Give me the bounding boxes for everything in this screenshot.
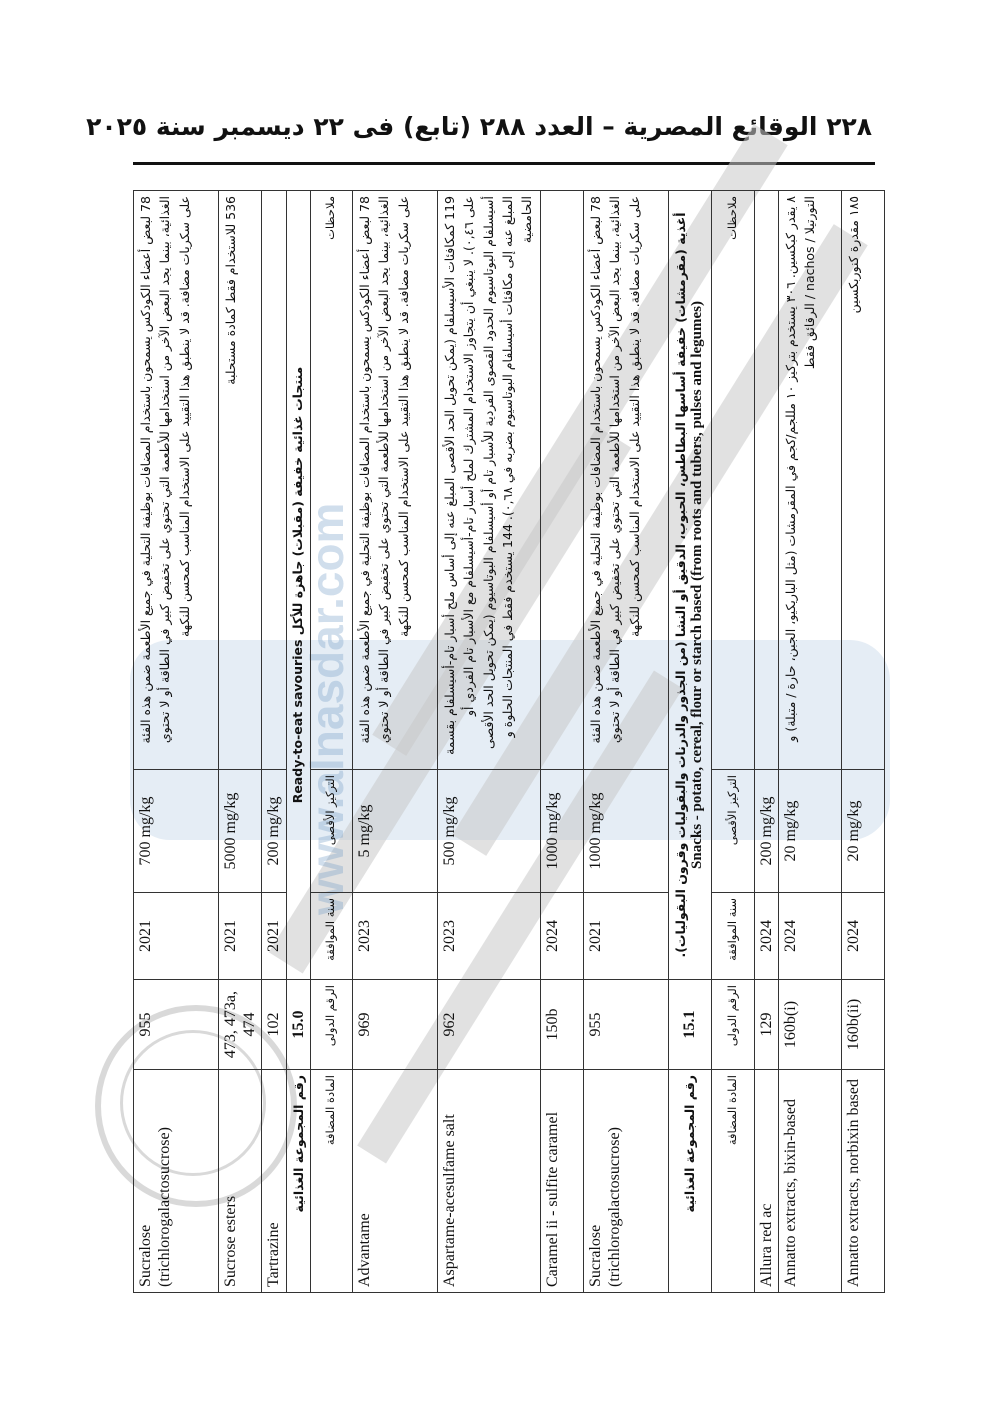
notes: 78 لبعض أعضاء الكودكس يسمحون باستخدام ال… bbox=[134, 191, 219, 770]
additive-name: Tartrazine bbox=[262, 1070, 286, 1293]
ins-number: 160b(ii) bbox=[841, 980, 884, 1070]
additive-name: Allura red ac bbox=[754, 1070, 778, 1293]
approval-year: 2024 bbox=[778, 893, 841, 980]
header-ins: الرقم الدولى bbox=[310, 980, 352, 1070]
header-divider bbox=[133, 162, 875, 165]
column-header-row: المادة المضافة الرقم الدولى سنة الموافقة… bbox=[711, 191, 754, 1293]
additive-name: Sucrose esters bbox=[219, 1070, 262, 1293]
max-level: 700 mg/kg bbox=[134, 770, 219, 893]
group-number-label: رقم المجموعة الغذائية bbox=[668, 1070, 711, 1293]
gazette-title: ٢٢٨ الوقائع المصرية – العدد ٢٨٨ (تابع) ف… bbox=[86, 112, 872, 141]
approval-year: 2024 bbox=[540, 893, 583, 980]
group-title-ar: أغذية (مقرمشات) خفيفة أساسها البطاطس، ال… bbox=[673, 196, 689, 974]
approval-year: 2021 bbox=[219, 893, 262, 980]
notes bbox=[540, 191, 583, 770]
max-level: 5000 mg/kg bbox=[219, 770, 262, 893]
max-level: 1000 mg/kg bbox=[583, 770, 668, 893]
ins-number: 955 bbox=[583, 980, 668, 1070]
header-notes: ملاحظات bbox=[310, 191, 352, 770]
additive-name: Sucralose (trichlorogalactosucrose) bbox=[134, 1070, 219, 1293]
group-number: 15.0 bbox=[286, 980, 310, 1070]
max-level: 20 mg/kg bbox=[841, 770, 884, 893]
max-level: 20 mg/kg bbox=[778, 770, 841, 893]
notes: 78 لبعض أعضاء الكودكس يسمحون باستخدام ال… bbox=[352, 191, 437, 770]
notes bbox=[262, 191, 286, 770]
group-number: 15.1 bbox=[668, 980, 711, 1070]
column-header-row: المادة المضافة الرقم الدولى سنة الموافقة… bbox=[310, 191, 352, 1293]
approval-year: 2023 bbox=[437, 893, 540, 980]
approval-year: 2021 bbox=[583, 893, 668, 980]
table-row: Allura red ac 129 2024 200 mg/kg bbox=[754, 191, 778, 1293]
notes: ٨ يقدر كبكسين. ٣٠٦ يستخدم بتركيز ١٠ مللج… bbox=[778, 191, 841, 770]
max-level: 5 mg/kg bbox=[352, 770, 437, 893]
table-row: Caramel ii - sulfite caramel 150b 2024 1… bbox=[540, 191, 583, 1293]
page-header: ٢٢٨ الوقائع المصرية – العدد ٢٨٨ (تابع) ف… bbox=[0, 112, 1004, 152]
header-additive: المادة المضافة bbox=[310, 1070, 352, 1293]
notes: 536 للاستخدام فقط كمادة مستحلبة bbox=[219, 191, 262, 770]
header-year: سنة الموافقة bbox=[711, 893, 754, 980]
table-row: Annatto extracts, norbixin based 160b(ii… bbox=[841, 191, 884, 1293]
table-row: Tartrazine 102 2021 200 mg/kg bbox=[262, 191, 286, 1293]
additive-name: Advantame bbox=[352, 1070, 437, 1293]
notes: 119 كمكافئات الأسيسلفام (يمكن تحويل الحد… bbox=[437, 191, 540, 770]
additive-name: Sucralose (trichlorogalactosucrose) bbox=[583, 1070, 668, 1293]
ins-number: 160b(i) bbox=[778, 980, 841, 1070]
group-number-label: رقم المجموعة الغذائية bbox=[286, 1070, 310, 1293]
approval-year: 2021 bbox=[134, 893, 219, 980]
group-title: أغذية (مقرمشات) خفيفة أساسها البطاطس، ال… bbox=[668, 191, 711, 980]
ins-number: 473, 473a, 474 bbox=[219, 980, 262, 1070]
additive-name: Annatto extracts, norbixin based bbox=[841, 1070, 884, 1293]
table-row: Annatto extracts, bixin-based 160b(i) 20… bbox=[778, 191, 841, 1293]
ins-number: 129 bbox=[754, 980, 778, 1070]
approval-year: 2024 bbox=[754, 893, 778, 980]
table-row: Sucralose (trichlorogalactosucrose) 955 … bbox=[134, 191, 219, 1293]
max-level: 200 mg/kg bbox=[262, 770, 286, 893]
notes: ١٨٥ مقدرة كنوربكسين bbox=[841, 191, 884, 770]
header-additive: المادة المضافة bbox=[711, 1070, 754, 1293]
header-max: التركيز الأقصى bbox=[711, 770, 754, 893]
approval-year: 2021 bbox=[262, 893, 286, 980]
additive-name: Caramel ii - sulfite caramel bbox=[540, 1070, 583, 1293]
additives-table: Sucralose (trichlorogalactosucrose) 955 … bbox=[133, 190, 885, 1293]
group-row-15-0: رقم المجموعة الغذائية 15.0 منتجات غذائية… bbox=[286, 191, 310, 1293]
ins-number: 150b bbox=[540, 980, 583, 1070]
table-row: Advantame 969 2023 5 mg/kg 78 لبعض أعضاء… bbox=[352, 191, 437, 1293]
header-ins: الرقم الدولى bbox=[711, 980, 754, 1070]
group-title-text: منتجات غذائية خفيفة (مقبلات) جاهزة للأكل… bbox=[290, 367, 305, 804]
ins-number: 962 bbox=[437, 980, 540, 1070]
notes bbox=[754, 191, 778, 770]
ins-number: 955 bbox=[134, 980, 219, 1070]
table-row: Sucralose (trichlorogalactosucrose) 955 … bbox=[583, 191, 668, 1293]
table-row: Aspartame-acesulfame salt 962 2023 500 m… bbox=[437, 191, 540, 1293]
notes: 78 لبعض أعضاء الكودكس يسمحون باستخدام ال… bbox=[583, 191, 668, 770]
approval-year: 2024 bbox=[841, 893, 884, 980]
additive-name: Aspartame-acesulfame salt bbox=[437, 1070, 540, 1293]
approval-year: 2023 bbox=[352, 893, 437, 980]
max-level: 200 mg/kg bbox=[754, 770, 778, 893]
additives-table-rotated: Sucralose (trichlorogalactosucrose) 955 … bbox=[133, 190, 875, 1293]
additive-name: Annatto extracts, bixin-based bbox=[778, 1070, 841, 1293]
ins-number: 969 bbox=[352, 980, 437, 1070]
max-level: 500 mg/kg bbox=[437, 770, 540, 893]
header-max: التركيز الأقصى bbox=[310, 770, 352, 893]
header-notes: ملاحظات bbox=[711, 191, 754, 770]
group-title-en: Snacks - potato, cereal, flour or starch… bbox=[688, 196, 707, 974]
group-row-15-1: رقم المجموعة الغذائية 15.1 أغذية (مقرمشا… bbox=[668, 191, 711, 1293]
max-level: 1000 mg/kg bbox=[540, 770, 583, 893]
group-title: منتجات غذائية خفيفة (مقبلات) جاهزة للأكل… bbox=[286, 191, 310, 980]
table-row: Sucrose esters 473, 473a, 474 2021 5000 … bbox=[219, 191, 262, 1293]
header-year: سنة الموافقة bbox=[310, 893, 352, 980]
ins-number: 102 bbox=[262, 980, 286, 1070]
